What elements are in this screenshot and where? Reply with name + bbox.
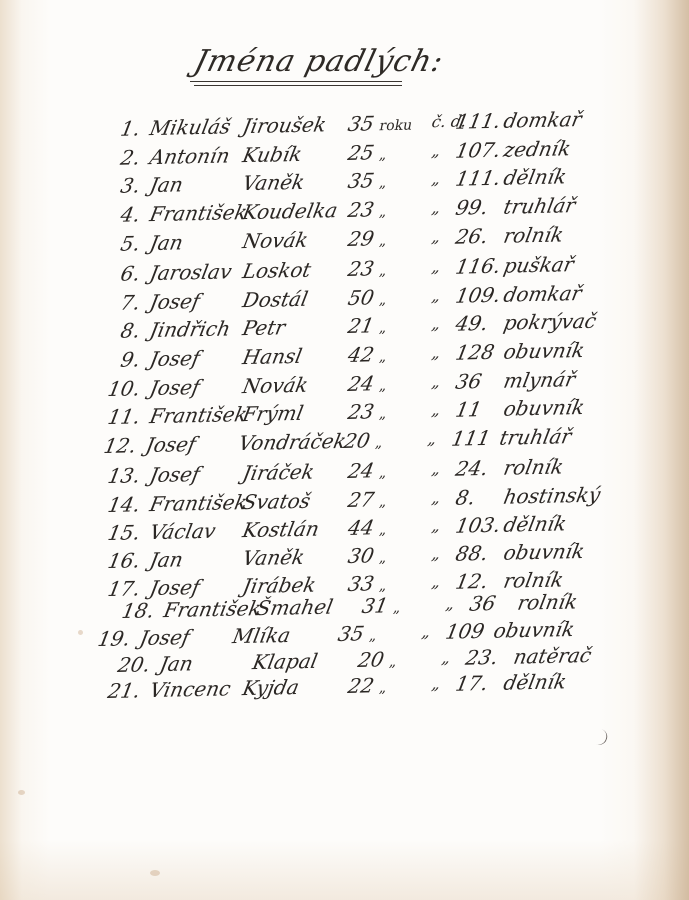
house-number: 103. [453, 511, 503, 540]
entry-number: 12. [0, 431, 139, 462]
house-number: 24. [453, 454, 490, 483]
first-name: Jan [147, 228, 185, 257]
age: 23 „ [345, 254, 390, 286]
first-name: Jan [157, 649, 195, 678]
first-name: Vincenc [147, 674, 233, 704]
residence-label: „ [429, 223, 443, 251]
house-number: 109. [453, 281, 503, 310]
entry-number: 9. [0, 345, 143, 376]
first-name: Václav [147, 517, 218, 546]
last-name: Kubík [240, 140, 304, 169]
occupation: domkař [501, 279, 584, 309]
age: 29 „ [345, 224, 390, 256]
house-number: 49. [453, 309, 490, 338]
first-name: Jaroslav [147, 257, 234, 287]
residence-label: „ [429, 368, 443, 396]
occupation: obuvník [501, 393, 587, 423]
residence-label: „ [429, 339, 443, 367]
first-name: František [161, 594, 263, 624]
house-number: 26. [453, 222, 490, 251]
paper-speck [18, 790, 25, 795]
residence-label: „ [429, 455, 443, 483]
occupation: truhlář [497, 422, 574, 452]
house-number: 36 [453, 367, 484, 396]
entry-number: 3. [0, 171, 143, 202]
entry-number: 15. [0, 518, 143, 549]
last-name: Loskot [240, 256, 313, 286]
last-name: Jiráček [240, 458, 316, 488]
residence-label: „ [429, 540, 443, 568]
age: 23 „ [345, 397, 390, 429]
age: 21 „ [345, 311, 390, 343]
first-name: Mikuláš [147, 112, 233, 142]
entry-number: 16. [0, 546, 143, 577]
residence-label: „ [429, 194, 443, 222]
house-number: 88. [453, 539, 490, 568]
entry-number: 2. [0, 143, 143, 174]
first-name: František [147, 488, 249, 518]
residence-label: „ [429, 484, 443, 512]
last-name: Vaněk [240, 543, 307, 572]
house-number: 111 [449, 424, 493, 453]
last-name: Novák [240, 226, 310, 255]
house-number: 17. [453, 669, 490, 698]
occupation: dělník [501, 509, 569, 538]
residence-label: „ [429, 137, 443, 165]
occupation: obuvník [501, 537, 587, 567]
last-name: Koudelka [240, 196, 340, 226]
last-name: Svatoš [240, 487, 313, 517]
age: 35 roku [345, 109, 415, 141]
residence-label: „ [443, 590, 457, 618]
age: 35 „ [345, 166, 390, 198]
entry-number: 21. [0, 676, 143, 707]
entry-number: 13. [0, 461, 143, 492]
age: 24 „ [345, 456, 390, 488]
house-number: 11 [453, 395, 484, 424]
first-name: Josef [137, 623, 192, 652]
occupation: mlynář [501, 365, 577, 395]
first-name: Josef [147, 287, 202, 316]
occupation: obuvník [491, 615, 577, 645]
entry-number: 6. [0, 259, 143, 290]
first-name: Jan [147, 170, 185, 199]
residence-label: „ [425, 425, 439, 453]
entry-number: 8. [0, 316, 143, 347]
first-name: František [147, 198, 249, 228]
occupation: puškař [501, 250, 576, 280]
occupation: dělník [501, 667, 569, 696]
occupation: rolník [501, 220, 566, 249]
residence-label: „ [429, 670, 443, 698]
age: 22 „ [345, 671, 390, 703]
first-name: Josef [143, 430, 198, 459]
residence-label: „ [419, 618, 433, 646]
occupation: rolník [515, 587, 580, 616]
scanned-page: Jména padlých: 1. Mikuláš Jiroušek 35 ro… [0, 0, 689, 900]
entry-number: 14. [0, 490, 143, 521]
residence-label: „ [429, 310, 443, 338]
entry-number: 5. [0, 229, 143, 260]
paper-speck [78, 630, 83, 635]
entry-number: 1. [0, 114, 143, 145]
house-number: 111. [453, 107, 503, 136]
residence-label: „ [429, 282, 443, 310]
residence-label: „ [429, 165, 443, 193]
entry-number: 11. [0, 402, 143, 433]
house-number: 23. [463, 643, 500, 672]
age: 42 „ [345, 340, 390, 372]
paper-speck [150, 870, 160, 876]
residence-label: „ [429, 512, 443, 540]
house-number: 128 [453, 338, 497, 367]
entry-number: 7. [0, 288, 143, 319]
occupation: domkař [501, 105, 584, 135]
occupation: pokrývač [501, 307, 599, 337]
last-name: Jiroušek [240, 110, 328, 140]
first-name: Jindřich [147, 314, 232, 344]
pencil-mark [596, 729, 610, 747]
residence-label: „ [429, 253, 443, 281]
last-name: Kyjda [240, 673, 301, 702]
first-name: Antonín [147, 141, 232, 171]
occupation: truhlář [501, 191, 578, 221]
residence-label: „ [439, 644, 453, 672]
last-name: Vaněk [240, 168, 307, 197]
house-number: 8. [453, 483, 477, 512]
age: 20 „ [341, 426, 386, 458]
entry-number: 18. [11, 596, 156, 627]
title-underline [190, 81, 402, 82]
last-name: Mlíka [230, 621, 293, 650]
occupation: hostinský [501, 481, 603, 511]
occupation: dělník [501, 162, 569, 191]
occupation: zedník [501, 134, 573, 164]
house-number: 36 [467, 589, 498, 618]
residence-label: „ [429, 396, 443, 424]
house-number: 116. [453, 252, 503, 281]
first-name: Josef [147, 373, 202, 402]
last-name: Kostlán [240, 514, 321, 544]
first-name: Josef [147, 344, 202, 373]
entry-number: 4. [0, 200, 143, 231]
last-name: Dostál [240, 285, 310, 314]
last-name: Novák [240, 371, 310, 400]
house-number: 107. [453, 136, 503, 165]
occupation: rolník [501, 452, 566, 481]
first-name: František [147, 400, 249, 430]
occupation: obuvník [501, 336, 587, 366]
last-name: Šmahel [254, 592, 335, 622]
first-name: Josef [147, 460, 202, 489]
first-name: Jan [147, 545, 185, 574]
last-name: Vondráček [236, 427, 348, 457]
house-number: 109 [443, 617, 487, 646]
last-name: Hansl [240, 342, 304, 371]
last-name: Petr [240, 313, 287, 342]
entry-number: 10. [0, 374, 143, 405]
age: 23 „ [345, 195, 390, 227]
house-number: 99. [453, 193, 490, 222]
last-name: Frýml [240, 399, 305, 428]
page-title: Jména padlých: [191, 44, 448, 79]
title-underline-double [194, 85, 402, 86]
house-number: 111. [453, 164, 503, 193]
